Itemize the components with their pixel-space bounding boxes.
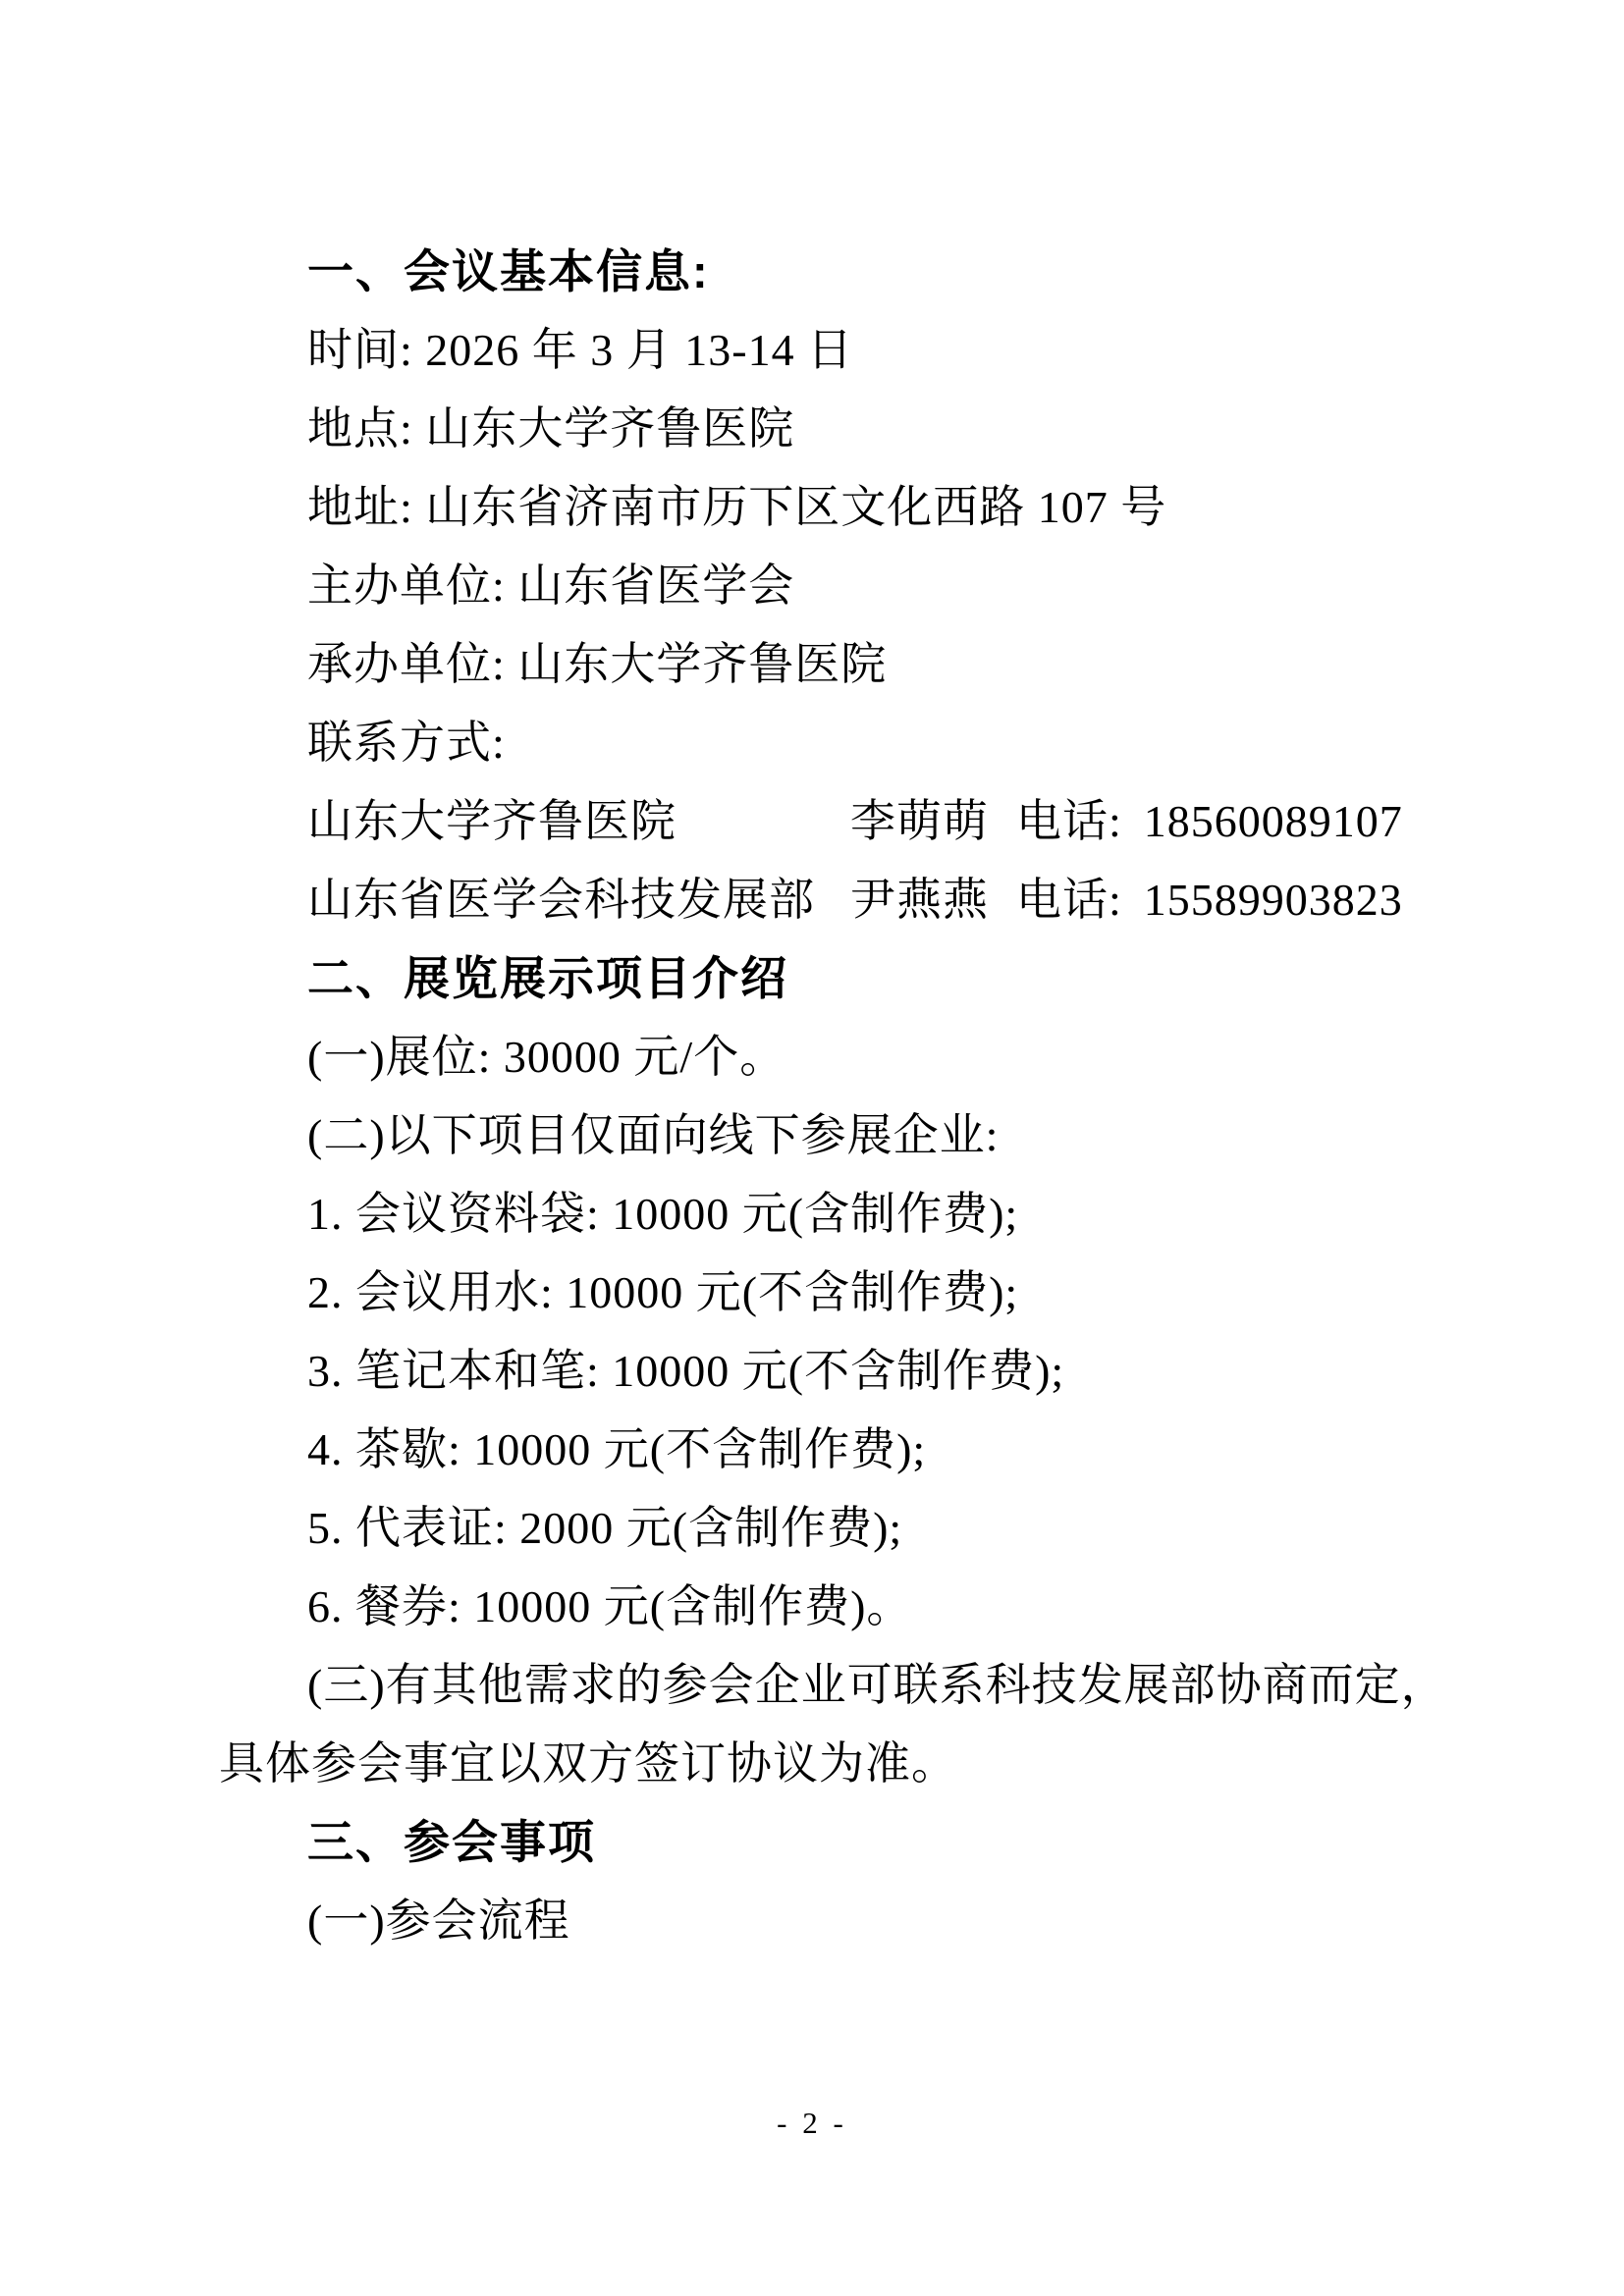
item-4-tea-break: 4. 茶歇: 10000 元(不含制作费); — [219, 1411, 1412, 1489]
info-line-venue: 地点: 山东大学齐鲁医院 — [219, 390, 1412, 468]
contact-row-2: 山东省医学会科技发展部 尹燕燕 电话:15589903823 — [219, 861, 1412, 939]
item-1-material-bag: 1. 会议资料袋: 10000 元(含制作费); — [219, 1175, 1412, 1254]
section-2-heading: 二、展览展示项目介绍 — [219, 939, 1412, 1018]
item-3-notebook-pen: 3. 笔记本和笔: 10000 元(不含制作费); — [219, 1332, 1412, 1411]
section-1-heading: 一、会议基本信息: — [219, 233, 1412, 311]
info-line-time: 时间: 2026 年 3 月 13-14 日 — [219, 311, 1412, 390]
item-participation-flow: (一)参会流程 — [219, 1882, 1412, 1960]
document-page: 一、会议基本信息: 时间: 2026 年 3 月 13-14 日 地点: 山东大… — [0, 0, 1624, 2296]
phone-label: 电话: — [1016, 796, 1122, 846]
contact-org: 山东大学齐鲁医院 — [307, 782, 850, 861]
para-other-needs-line-2: 具体参会事宜以双方签订协议为准。 — [219, 1725, 1412, 1803]
page-number: - 2 - — [0, 2089, 1624, 2158]
item-6-meal-ticket: 6. 餐券: 10000 元(含制作费)。 — [219, 1568, 1412, 1646]
contact-phone: 电话:15589903823 — [1016, 861, 1403, 939]
contact-phone: 电话:18560089107 — [1016, 782, 1403, 861]
section-3-heading: 三、参会事项 — [219, 1803, 1412, 1882]
contact-person: 尹燕燕 — [850, 861, 1016, 939]
para-other-needs-line-1: (三)有其他需求的参会企业可联系科技发展部协商而定， — [219, 1646, 1412, 1725]
phone-number: 18560089107 — [1144, 796, 1403, 846]
item-booth-price: (一)展位: 30000 元/个。 — [219, 1018, 1412, 1096]
item-2-water: 2. 会议用水: 10000 元(不含制作费); — [219, 1254, 1412, 1332]
contact-person: 李萌萌 — [850, 782, 1016, 861]
item-offline-only-note: (二)以下项目仅面向线下参展企业: — [219, 1096, 1412, 1175]
info-line-host-unit: 主办单位: 山东省医学会 — [219, 547, 1412, 625]
contact-org: 山东省医学会科技发展部 — [307, 861, 850, 939]
phone-number: 15589903823 — [1144, 875, 1403, 925]
info-line-contact-method: 联系方式: — [219, 704, 1412, 782]
info-line-address: 地址: 山东省济南市历下区文化西路 107 号 — [219, 468, 1412, 547]
item-5-badge: 5. 代表证: 2000 元(含制作费); — [219, 1489, 1412, 1568]
info-line-organizer-unit: 承办单位: 山东大学齐鲁医院 — [219, 625, 1412, 704]
document-body: 一、会议基本信息: 时间: 2026 年 3 月 13-14 日 地点: 山东大… — [219, 233, 1412, 1960]
phone-label: 电话: — [1016, 875, 1122, 925]
contact-row-1: 山东大学齐鲁医院 李萌萌 电话:18560089107 — [219, 782, 1412, 861]
